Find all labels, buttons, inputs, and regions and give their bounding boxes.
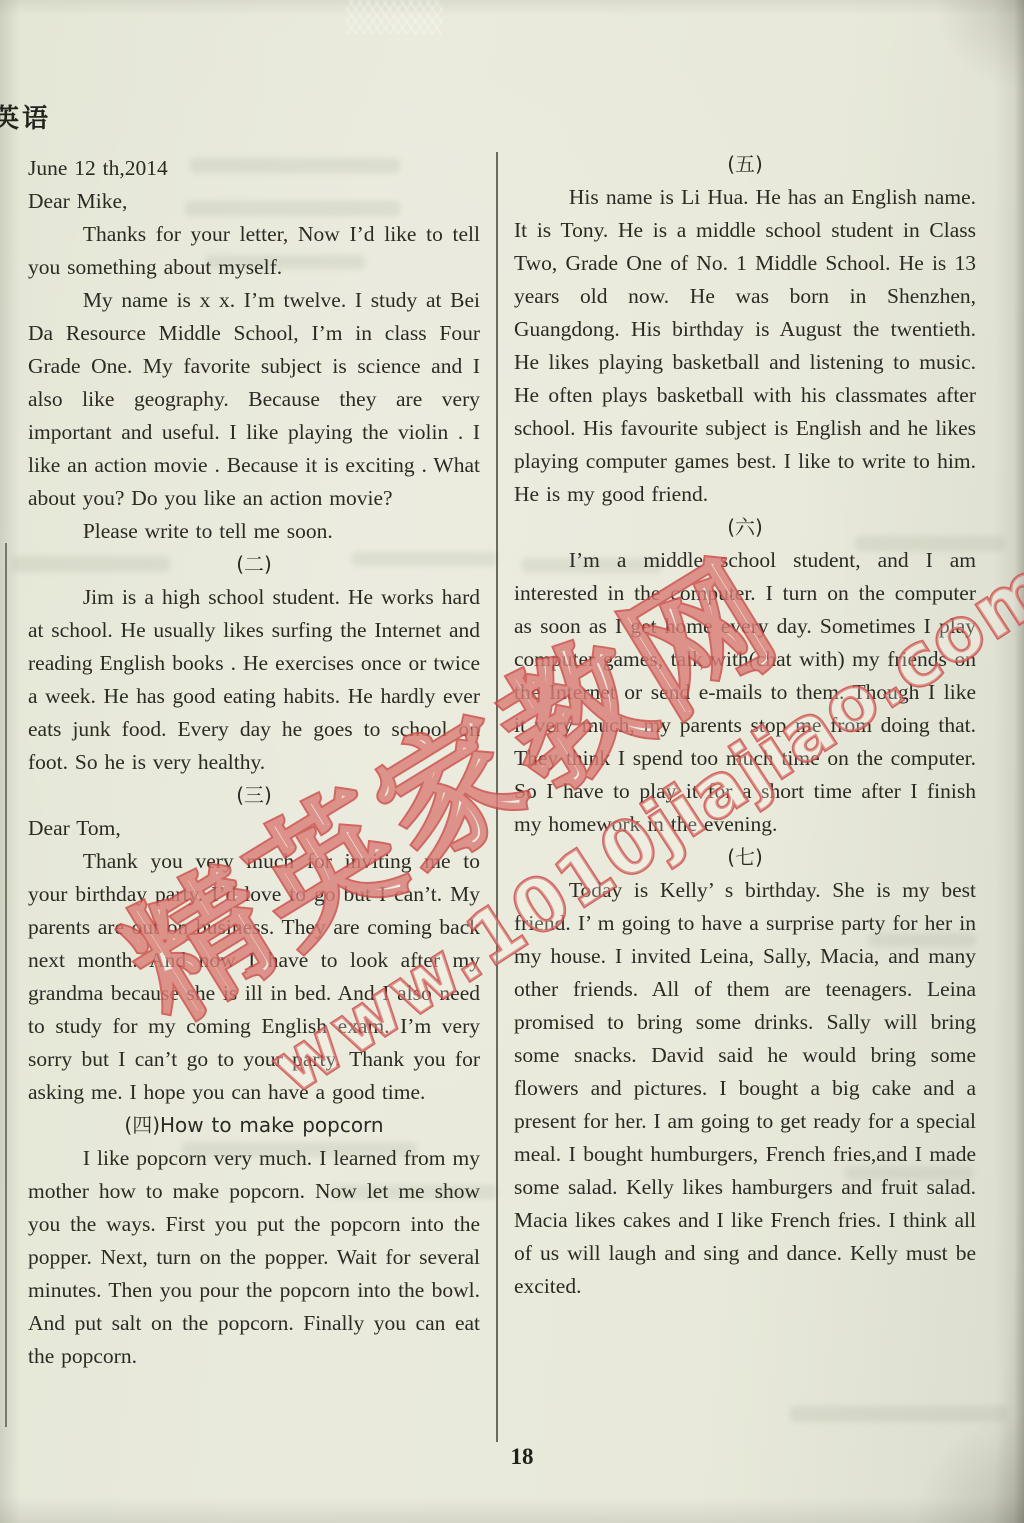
section-heading-5: (五) [514, 148, 976, 181]
left-column: June 12 th,2014 Dear Mike, Thanks for yo… [28, 152, 480, 1373]
letter-salutation: Dear Mike, [28, 185, 480, 218]
letter-date: June 12 th,2014 [28, 152, 480, 185]
scanned-book-page: 英语 June 12 th,2014 Dear Mike, Thanks for… [0, 0, 1024, 1523]
section-heading-4: (四)How to make popcorn [28, 1109, 480, 1142]
letter-closing: Please write to tell me soon. [28, 515, 480, 548]
letter-paragraph: Thank you very much for inviting me to y… [28, 845, 480, 1109]
scan-scratch-artifact [346, 0, 442, 34]
essay-paragraph: I like popcorn very much. I learned from… [28, 1142, 480, 1373]
left-edge-rule [5, 543, 7, 1427]
subject-label: 英语 [0, 98, 51, 135]
right-column: (五) His name is Li Hua. He has an Englis… [514, 148, 976, 1303]
essay-paragraph: I’m a middle school student, and I am in… [514, 544, 976, 841]
column-divider-rule [496, 152, 498, 1442]
essay-paragraph: His name is Li Hua. He has an English na… [514, 181, 976, 511]
section-heading-3: (三) [28, 779, 480, 812]
bleed-through-artifact [790, 1406, 1008, 1422]
section-heading-2: (二) [28, 548, 480, 581]
letter-paragraph: Thanks for your letter, Now I’d like to … [28, 218, 480, 284]
letter-paragraph: My name is x x. I’m twelve. I study at B… [28, 284, 480, 515]
letter-salutation: Dear Tom, [28, 812, 480, 845]
essay-paragraph: Today is Kelly’ s birthday. She is my be… [514, 874, 976, 1303]
essay-paragraph: Jim is a high school student. He works h… [28, 581, 480, 779]
page-number: 18 [500, 1444, 544, 1470]
section-heading-6: (六) [514, 511, 976, 544]
section-heading-7: (七) [514, 841, 976, 874]
